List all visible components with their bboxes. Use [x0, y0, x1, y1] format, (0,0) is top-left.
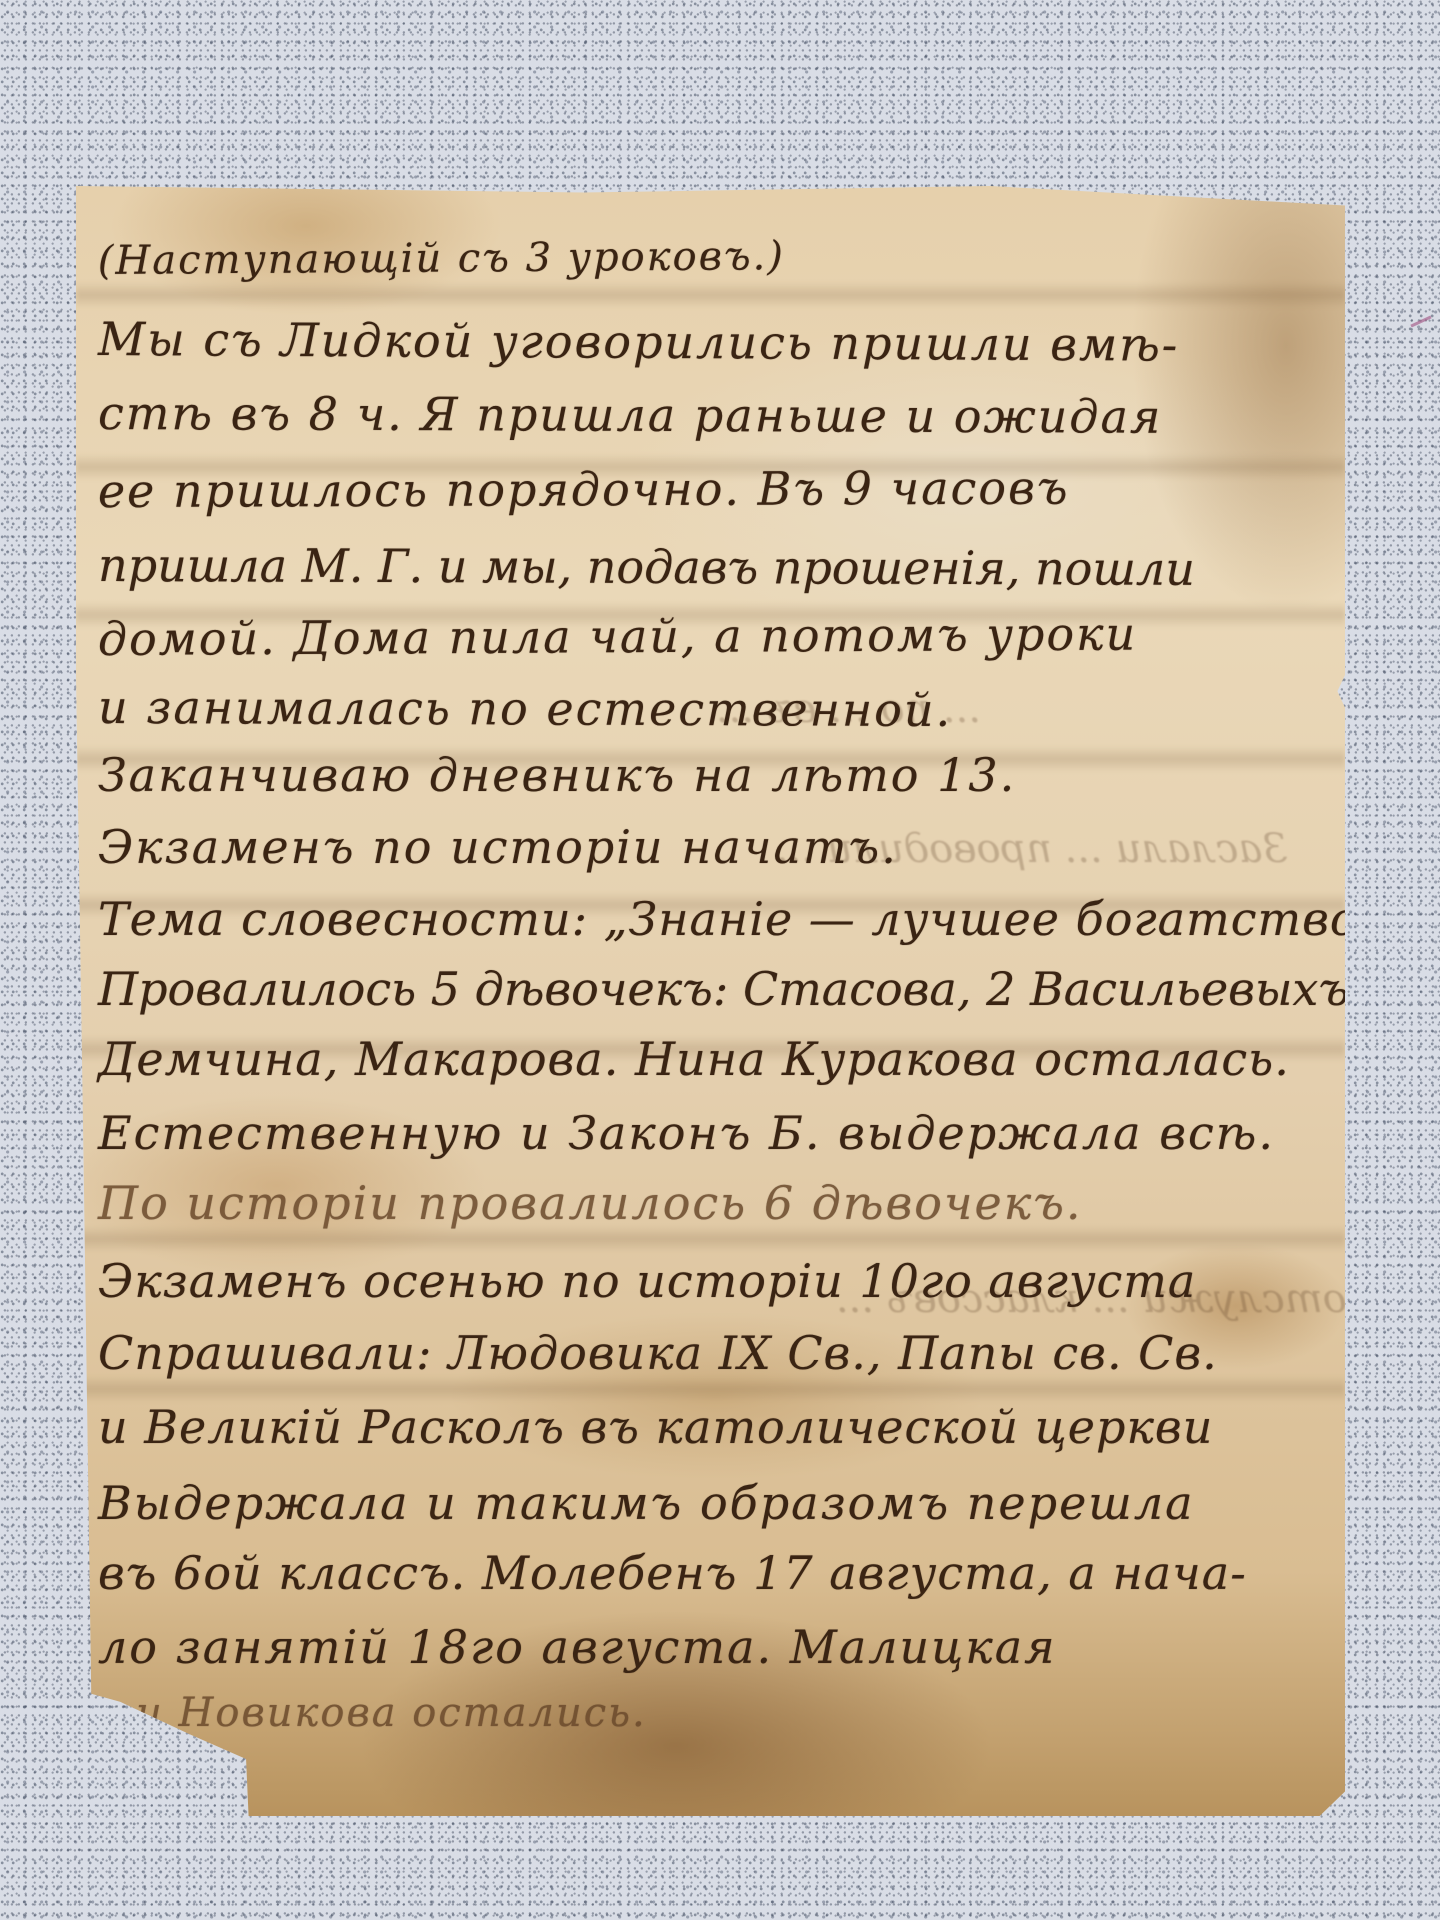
text-line: Провалилось 5 дѣвочекъ: Стасова, 2 Васил… [98, 962, 1364, 1016]
text-line: въ 6ой классъ. Молебенъ 17 августа, а на… [98, 1546, 1247, 1600]
text-line: По исторіи провалилось 6 дѣвочекъ. [98, 1176, 1083, 1230]
text-line: Демчина, Макарова. Нина Куракова осталас… [98, 1032, 1290, 1086]
text-line: и Новикова остались. [136, 1690, 647, 1736]
text-line: пришла М. Г. и мы, подавъ прошенія, пошл… [98, 538, 1195, 596]
text-line: Естественную и Законъ Б. выдержала всѣ. [98, 1106, 1275, 1160]
handwritten-text: (Наступающій съ 3 уроковъ.) Мы съ Лидкой… [76, 186, 1345, 1816]
text-line: ло занятій 18го августа. Малицкая [98, 1620, 1057, 1674]
text-line: Спрашивали: Людовика IX Св., Папы св. Св… [98, 1326, 1218, 1380]
text-line: ее пришлось порядочно. Въ 9 часовъ [98, 461, 1070, 518]
text-line: Экзаменъ по исторіи начатъ. [98, 820, 898, 874]
text-line: Экзаменъ осенью по исторіи 10го августа [98, 1254, 1196, 1308]
text-line: и Великій Расколъ въ католической церкви [98, 1400, 1213, 1454]
ink-mark [1410, 315, 1431, 327]
text-line: (Наступающій съ 3 уроковъ.) [98, 233, 785, 284]
text-line: стѣ въ 8 ч. Я пришла раньше и ожидая [98, 386, 1162, 444]
text-line: Выдержала и такимъ образомъ перешла [98, 1476, 1195, 1530]
text-line: Мы съ Лидкой уговорились пришли вмѣ- [98, 312, 1179, 372]
manuscript-page: ... по ... въ ... Заслали ... проводили … [76, 186, 1345, 1816]
text-line: домой. Дома пила чай, а потомъ уроки [98, 607, 1138, 666]
text-line: Тема словесности: „Знаніе — лучшее богат… [98, 892, 1399, 946]
text-line: и занималась по естественной. [98, 680, 952, 737]
photo-background: ... по ... въ ... Заслали ... проводили … [0, 0, 1440, 1920]
text-line: Заканчиваю дневникъ на лѣто 13. [98, 748, 1016, 802]
